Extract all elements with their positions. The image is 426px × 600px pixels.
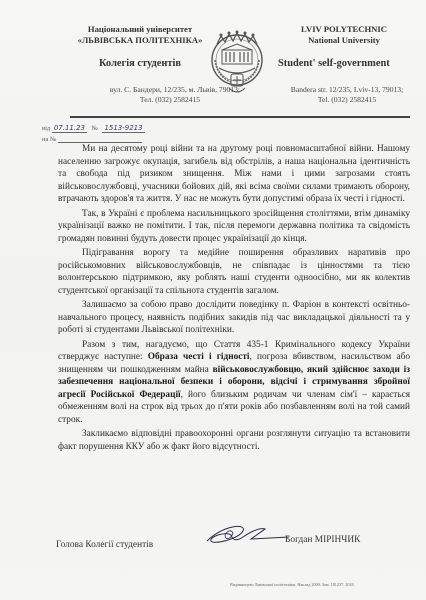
signature-icon [203,521,289,549]
address-block-en: Bandera str. 12/235, Lviv-13, 79013; Tel… [272,85,422,105]
letter-page: Національний університет «ЛЬВІВСЬКА ПОЛІ… [0,0,426,600]
signatory-title: Голова Колегії студентів [56,540,153,550]
number-value: 1513-9213 [102,124,144,133]
letterhead-divider [70,116,410,118]
date-label: від [42,125,50,132]
p5-bold-offense: Образа честі і гідності [148,352,250,362]
address-block-ua: вул. С. Бандери, 12/235, м. Львів, 79013… [60,85,240,105]
letterhead-left: Національний університет «ЛЬВІВСЬКА ПОЛІ… [60,24,220,69]
reply-reference-line: на № [42,136,142,143]
paragraph-6: Закликаємо відповідні правоохоронні орга… [58,428,410,453]
university-name-en: LVIV POLYTECHNIC [284,24,404,35]
address-ua: вул. С. Бандери, 12/235, м. Львів, 79013… [60,85,240,95]
letterhead-right: LVIV POLYTECHNIC National University Stu… [284,24,404,69]
signatory-name: Богдан МІРІНЧИК [285,535,360,545]
university-name-ua-quoted: «ЛЬВІВСЬКА ПОЛІТЕХНІКА» [60,35,220,46]
paragraph-3: Підігравання ворогу та медійне поширення… [58,247,410,297]
university-name-ua: Національний університет [60,24,220,35]
date-value: 07.11.23 [52,124,87,133]
phone-en: Tel. (032) 2582415 [272,95,422,105]
department-name-en: Student' self-government [278,58,404,69]
reply-label: на № [42,136,56,143]
number-label: № [92,125,98,132]
paragraph-2: Так, в Україні є проблема насильницького… [58,208,410,246]
paragraph-4: Залишаємо за собою право дослідити повед… [58,299,410,337]
paragraph-5: Разом з тим, нагадуємо, що Стаття 435-1 … [58,339,410,427]
letter-body: Ми на десятому році війни та на другому … [58,143,410,455]
department-name-ua: Колегія студентів [60,58,220,69]
university-subtitle-en: National University [284,35,404,46]
address-en: Bandera str. 12/235, Lviv-13, 79013; [272,85,422,95]
reference-line: від 07.11.23 № 1513-9213 [42,124,145,132]
paragraph-1: Ми на десятому році війни та на другому … [58,143,410,206]
phone-ua: Тел. (032) 2582415 [60,95,240,105]
publisher-footnote: Видавництво Львівської політехніки. Накл… [230,582,355,587]
